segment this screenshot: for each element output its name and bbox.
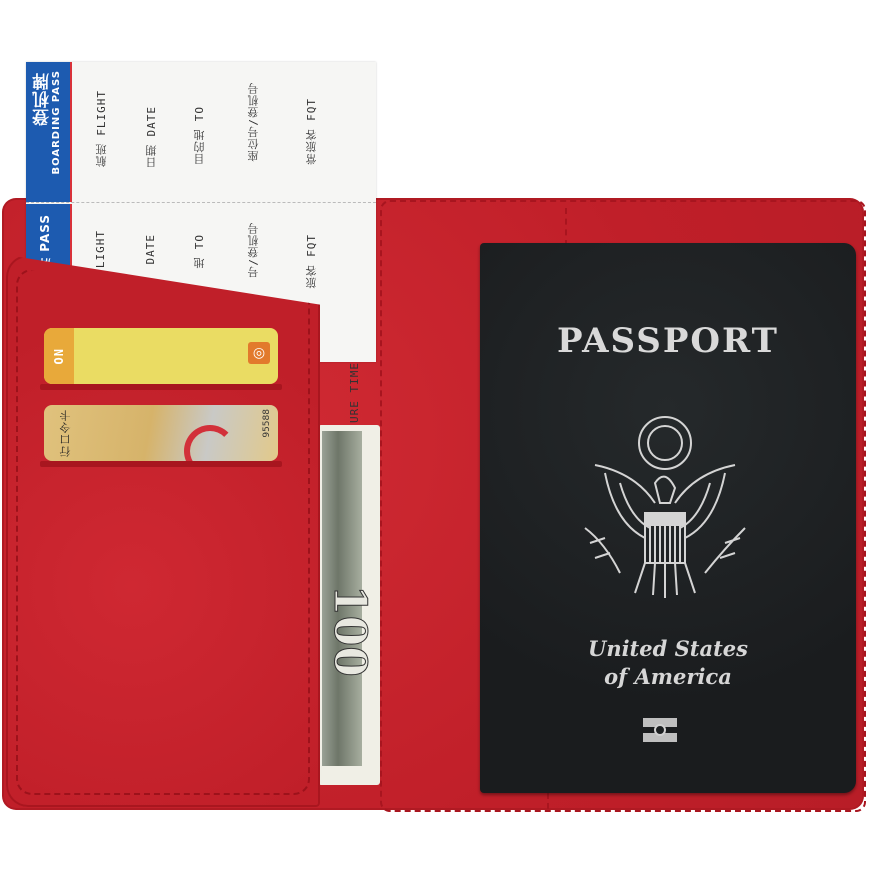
us-passport[interactable]: PASSPORT United States of America (480, 243, 856, 793)
field-fqt-lower: 旅客 FQT (304, 234, 320, 289)
card-slot-1 (40, 384, 282, 390)
country-line-1: United States (480, 635, 856, 663)
passport-title: PASSPORT (480, 321, 856, 361)
cash-bills: 100 (318, 425, 380, 785)
eagle-seal-icon (575, 413, 755, 603)
card-slot-2 (40, 461, 282, 467)
field-to: 目的地 TO (192, 106, 208, 165)
field-fqt: 常旅客 FQT (304, 98, 320, 165)
stub-english-label: BOARDING PASS (51, 70, 62, 174)
field-seat: 座位号/登机号 (246, 82, 262, 162)
card-swirl-graphic (184, 425, 236, 461)
yellow-card-text: ON (52, 348, 66, 364)
field-flight: 航班 FLIGHT (94, 90, 110, 167)
yellow-card[interactable]: ON ◎ (44, 328, 278, 384)
gold-card-text: 行口令卡 (58, 409, 74, 457)
boarding-pass-stub: 登机牌 BOARDING PASS (26, 62, 72, 202)
field-seat-lower: 号/登机号 (246, 222, 262, 278)
field-departure-time: URE TIME (348, 362, 361, 423)
gold-card[interactable]: 行口令卡 95588 (44, 405, 278, 461)
field-to-lower: 地 TO (192, 234, 208, 269)
field-flight-lower: LIGHT (94, 230, 107, 268)
bottom-spine-stitch (547, 793, 549, 809)
country-name: United States of America (480, 635, 856, 691)
spine-stitch (565, 208, 567, 246)
perforation-line (26, 202, 376, 205)
target-logo-icon: ◎ (248, 342, 270, 364)
country-line-2: of America (480, 663, 856, 691)
gold-card-number: 95588 (262, 409, 272, 438)
field-date: 日期 DATE (144, 106, 160, 168)
bill-denomination: 100 (324, 585, 375, 677)
field-date-lower: DATE (144, 234, 157, 265)
biometric-chip-icon (642, 717, 678, 743)
